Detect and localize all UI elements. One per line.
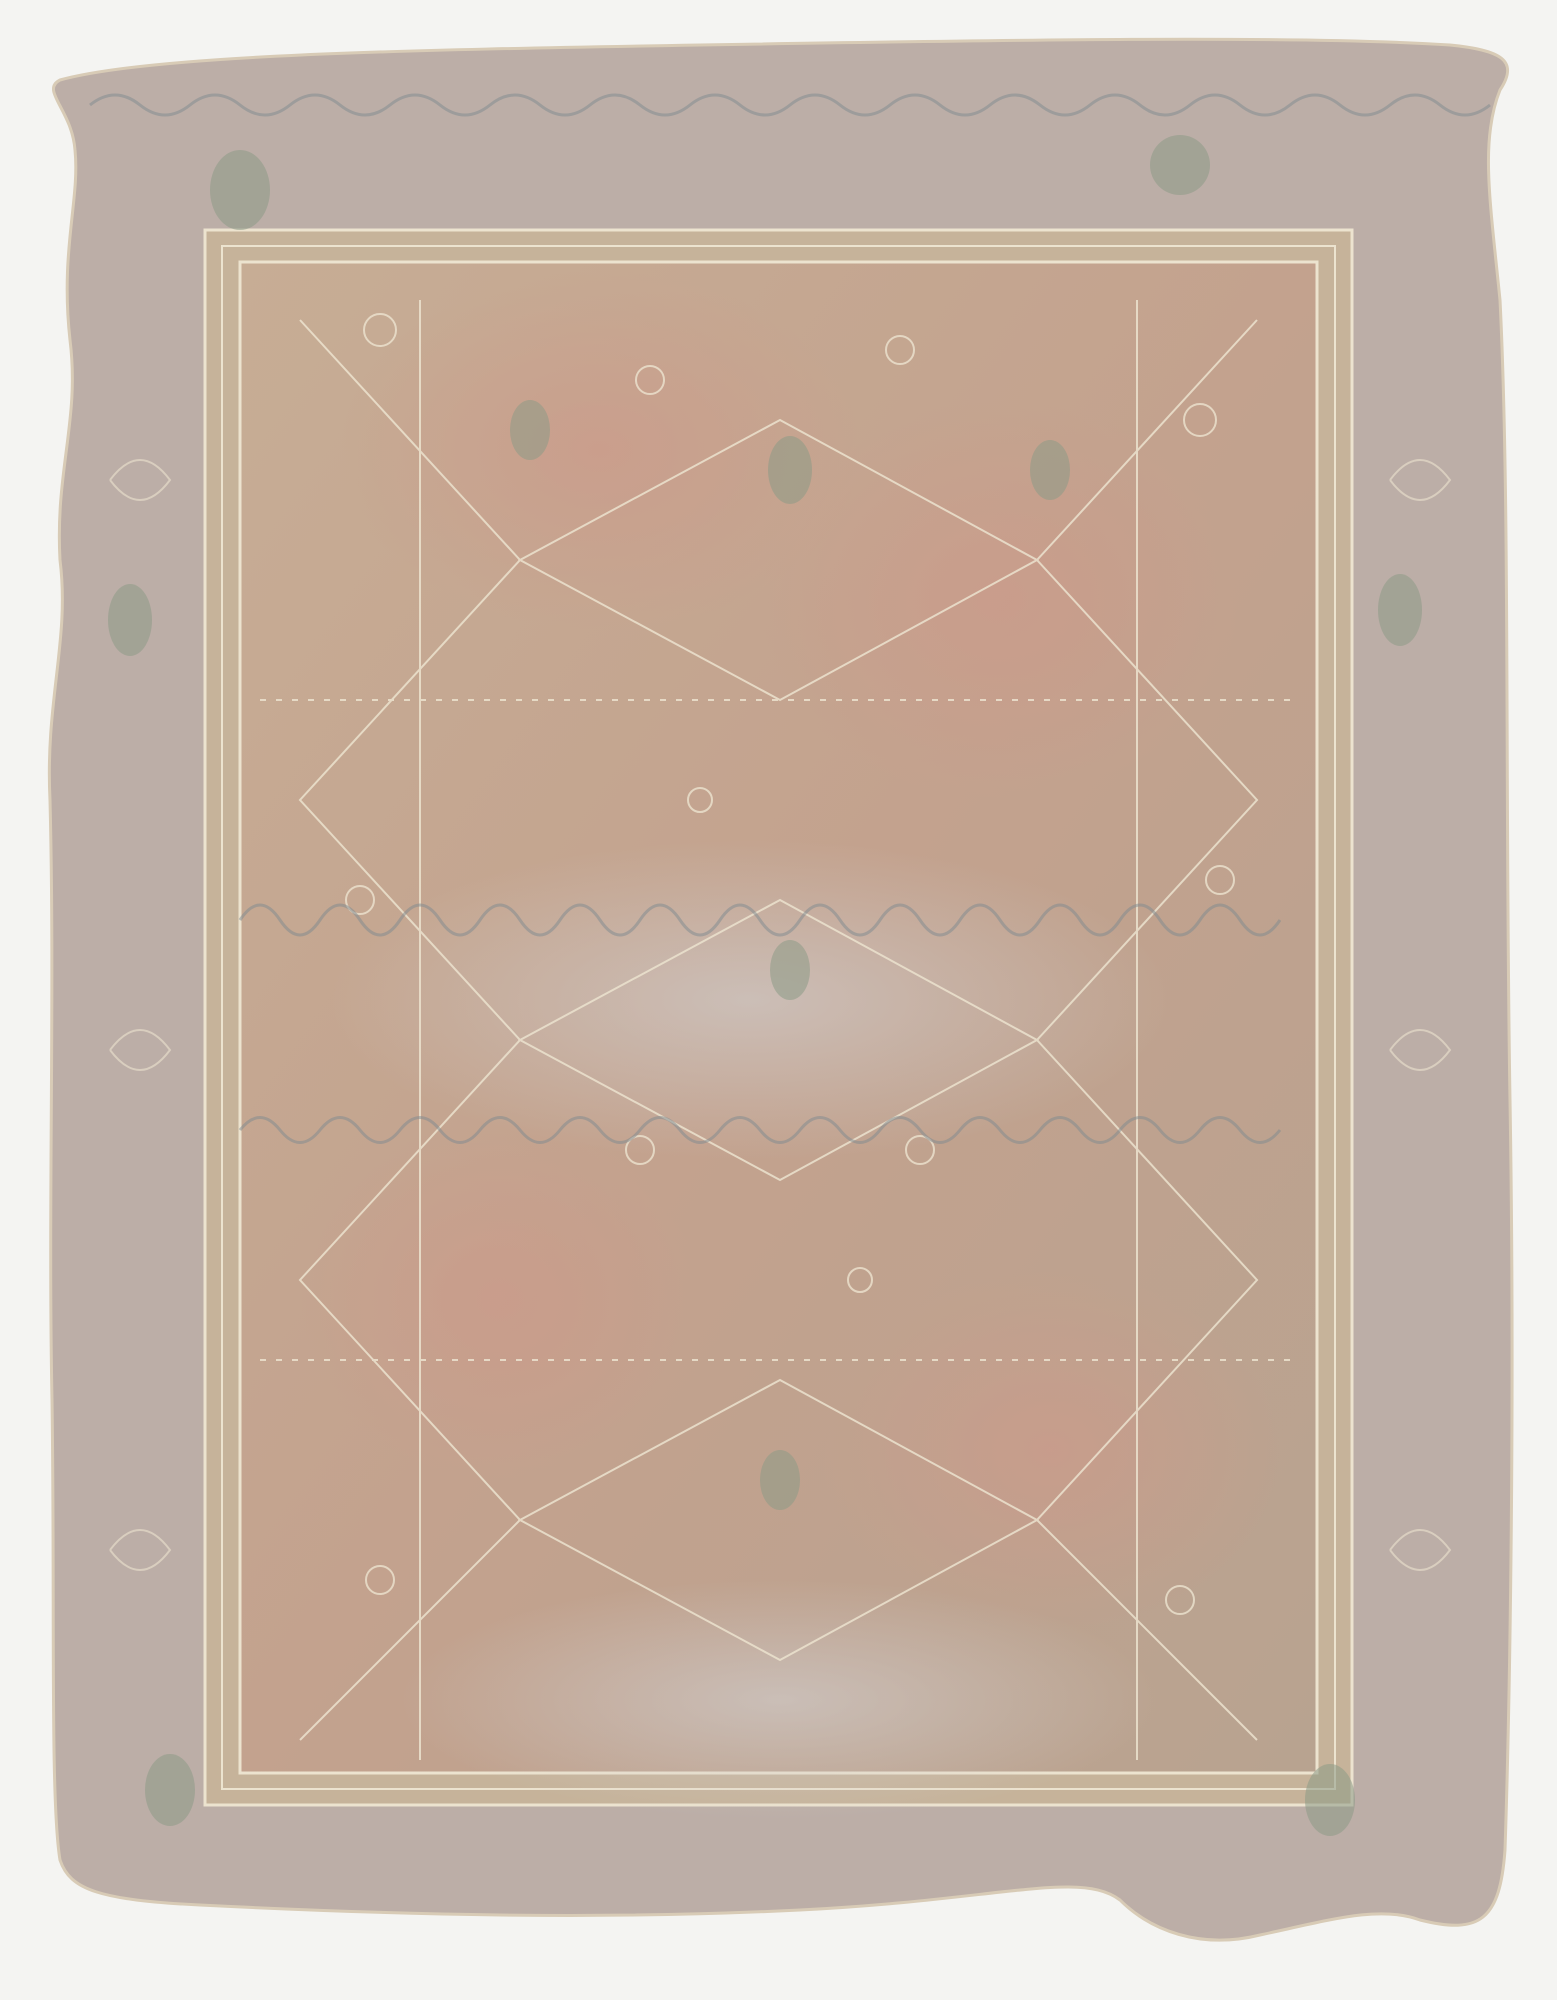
rug-photo xyxy=(0,0,1557,2000)
rug-body xyxy=(0,0,1557,2000)
